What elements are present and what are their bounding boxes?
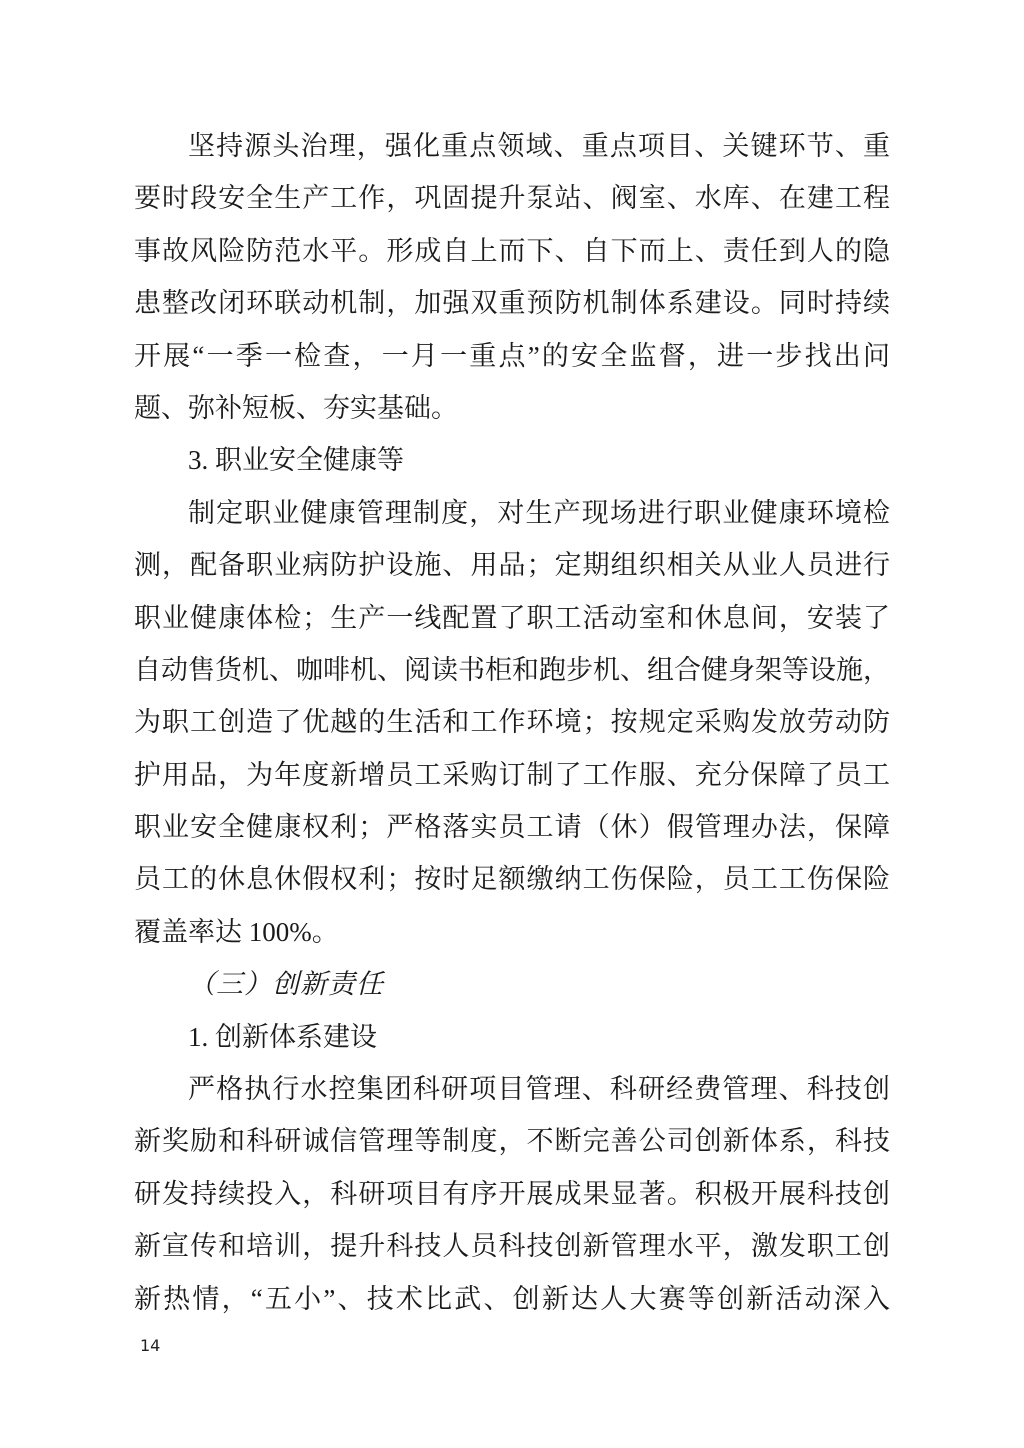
- text-line: 严格执行水控集团科研项目管理、科研经费管理、科技创: [134, 1063, 890, 1115]
- text-line: 事故风险防范水平。形成自上而下、自下而上、责任到人的隐: [134, 225, 890, 277]
- document-body: 坚持源头治理，强化重点领域、重点项目、关键环节、重 要时段安全生产工作，巩固提升…: [134, 120, 890, 1325]
- text-line: 覆盖率达 100%。: [134, 906, 890, 958]
- text-line: 自动售货机、咖啡机、阅读书柜和跑步机、组合健身架等设施，: [134, 644, 890, 696]
- heading-occupational-safety-health: 3. 职业安全健康等: [134, 434, 890, 486]
- heading-innovation-responsibility: （三）创新责任: [134, 958, 890, 1010]
- text-line: 患整改闭环联动机制，加强双重预防机制体系建设。同时持续: [134, 277, 890, 329]
- text-line: 新奖励和科研诚信管理等制度，不断完善公司创新体系，科技: [134, 1115, 890, 1167]
- text-line: 开展“一季一检查，一月一重点”的安全监督，进一步找出问: [134, 330, 890, 382]
- page-number: 14: [140, 1334, 160, 1358]
- text-line: 坚持源头治理，强化重点领域、重点项目、关键环节、重: [134, 120, 890, 172]
- text-line: 员工的休息休假权利；按时足额缴纳工伤保险，员工工伤保险: [134, 853, 890, 905]
- text-line: 职业安全健康权利；严格落实员工请（休）假管理办法，保障: [134, 801, 890, 853]
- text-line: 新宣传和培训，提升科技人员科技创新管理水平，激发职工创: [134, 1220, 890, 1272]
- text-line: 制定职业健康管理制度，对生产现场进行职业健康环境检: [134, 487, 890, 539]
- document-page: 坚持源头治理，强化重点领域、重点项目、关键环节、重 要时段安全生产工作，巩固提升…: [0, 0, 1024, 1448]
- text-line: 题、弥补短板、夯实基础。: [134, 382, 890, 434]
- text-line: 研发持续投入，科研项目有序开展成果显著。积极开展科技创: [134, 1168, 890, 1220]
- text-line: 要时段安全生产工作，巩固提升泵站、阀室、水库、在建工程: [134, 172, 890, 224]
- text-line: 职业健康体检；生产一线配置了职工活动室和休息间，安装了: [134, 592, 890, 644]
- text-line: 新热情，“五小”、技术比武、创新达人大赛等创新活动深入: [134, 1273, 890, 1325]
- text-line: 为职工创造了优越的生活和工作环境；按规定采购发放劳动防: [134, 696, 890, 748]
- heading-innovation-system-construction: 1. 创新体系建设: [134, 1011, 890, 1063]
- text-line: 测，配备职业病防护设施、用品；定期组织相关从业人员进行: [134, 539, 890, 591]
- text-line: 护用品，为年度新增员工采购订制了工作服、充分保障了员工: [134, 749, 890, 801]
